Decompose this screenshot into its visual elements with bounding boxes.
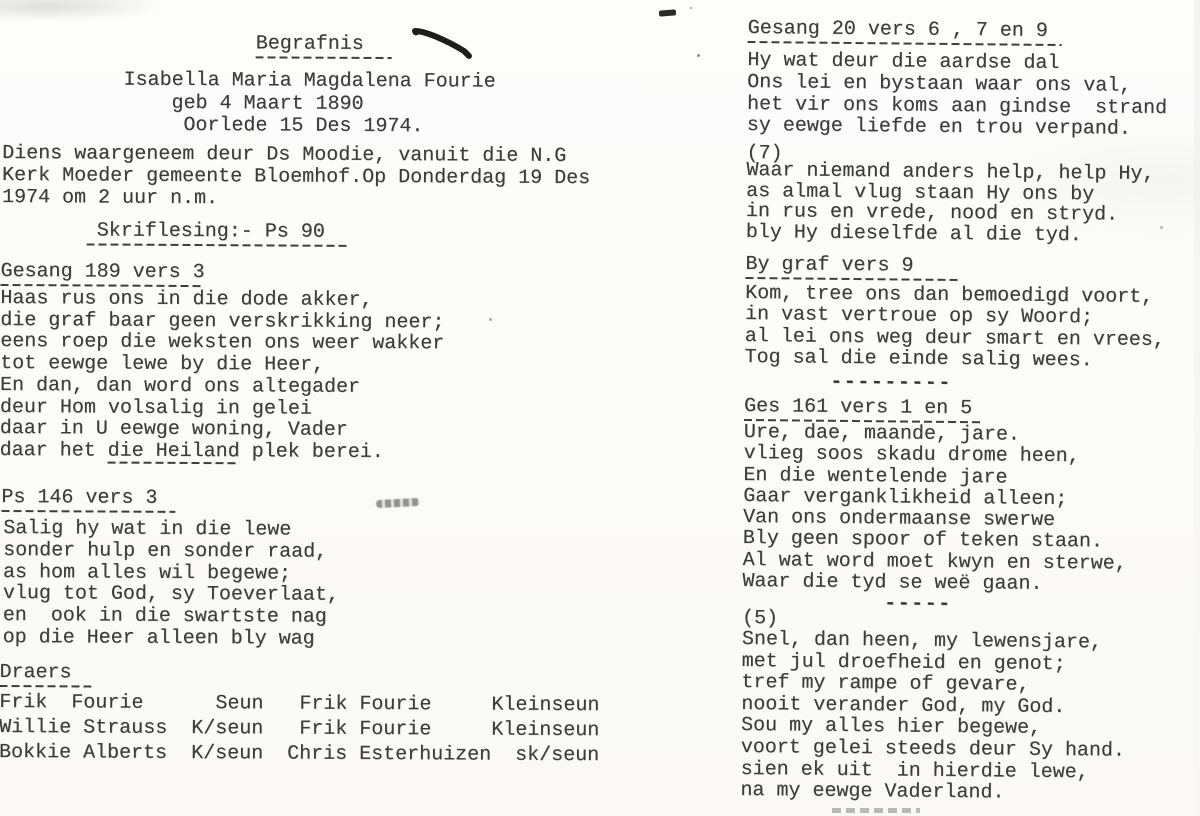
text-line: 1974 om 2 uur n.m. bbox=[2, 187, 590, 212]
hymn1-verse: Haas rus ons in die dode akker,die graf … bbox=[0, 288, 445, 464]
text-line: daar het die Heiland plek berei. bbox=[0, 440, 444, 464]
text-line: Isabella Maria Magdalena Fourie bbox=[124, 70, 496, 94]
text-line: geb 4 Maart 1890 bbox=[123, 92, 495, 116]
hymn2-heading: Ps 146 vers 3 bbox=[1, 486, 175, 513]
hymn1-heading-text: Gesang 189 vers 3 bbox=[1, 260, 205, 287]
hymn5-heading-text: Ges 161 vers 1 en 5 bbox=[744, 395, 982, 423]
paper-speck bbox=[697, 54, 700, 57]
paper-speck bbox=[489, 318, 492, 321]
text-line: as hom alles wil begewe; bbox=[3, 562, 339, 586]
scripture-reading-heading: Skriflesing:- Ps 90 bbox=[87, 219, 347, 246]
hymn1-heading: Gesang 189 vers 3 bbox=[1, 260, 205, 287]
scripture-reading-text: Skriflesing:- Ps 90 bbox=[87, 219, 347, 246]
left-column: Begrafnis Isabella Maria Magdalena Fouri… bbox=[0, 0, 710, 816]
scanned-funeral-program-page: Begrafnis Isabella Maria Magdalena Fouri… bbox=[0, 0, 1200, 816]
text-line: Frik Fourie Seun Frik Fourie Kleinseun bbox=[0, 691, 599, 719]
scan-edge-shading bbox=[1194, 0, 1200, 816]
verse5-label: (5) bbox=[742, 607, 778, 630]
text-line: na my eewge Vaderland. bbox=[740, 780, 1124, 805]
text-line: bly Hy dieselfde al die tyd. bbox=[746, 223, 1154, 248]
service-details: Diens waargeneem deur Ds Moodie, vanuit … bbox=[2, 143, 590, 212]
paper-speck bbox=[1160, 226, 1163, 229]
hymn5-verse: Ure, dae, maande, jare.vlieg soos skadu … bbox=[742, 422, 1128, 596]
text-line: sy eewge liefde en trou verpand. bbox=[747, 115, 1167, 141]
hymn2-verse: Salig hy wat in die lewesonder hulp en s… bbox=[3, 518, 340, 651]
hymn2-heading-text: Ps 146 vers 3 bbox=[1, 486, 175, 513]
hymn3-heading: Gesang 20 vers 6 , 7 en 9 bbox=[748, 17, 1062, 46]
text-line: en ook in die swartste nag bbox=[3, 605, 339, 629]
bearers-heading: Draers bbox=[0, 661, 92, 687]
ink-dash-mark bbox=[659, 9, 676, 16]
hymn4-verse: Kom, tree ons dan bemoedigd voort,in vas… bbox=[744, 283, 1165, 373]
text-line: Willie Strauss K/seun Frik Fourie Kleins… bbox=[0, 716, 599, 744]
text-line: Salig hy wat in die lewe bbox=[3, 518, 339, 542]
hymn4-heading-text: By graf vers 9 bbox=[745, 253, 959, 281]
deceased-details: Isabella Maria Magdalena Fourie geb 4 Ma… bbox=[123, 70, 495, 139]
bearers-heading-text: Draers bbox=[0, 661, 92, 687]
cutoff-divider-mark bbox=[832, 808, 920, 813]
text-line: op die Heer alleen bly wag bbox=[3, 627, 339, 651]
hymn3-heading-text: Gesang 20 vers 6 , 7 en 9 bbox=[748, 17, 1062, 46]
hymn3-stanza1: Hy wat deur die aardse dalOns lei en bys… bbox=[747, 50, 1168, 141]
section-divider-small: ----- bbox=[884, 592, 952, 616]
text-line: Bokkie Alberts K/seun Chris Esterhuizen … bbox=[0, 741, 599, 769]
text-line: En dan, dan word ons altegader bbox=[0, 375, 444, 399]
paper-speck bbox=[690, 7, 692, 9]
bearers-list: Frik Fourie Seun Frik Fourie KleinseunWi… bbox=[0, 691, 599, 769]
hymn5-heading: Ges 161 vers 1 en 5 bbox=[744, 395, 982, 423]
hymn3-stanza2: Waar niemand anders help, help Hy,as alm… bbox=[746, 161, 1155, 247]
hymn5-stanza5: Snel, dan heen, my lewensjare,met jul dr… bbox=[740, 629, 1126, 805]
document-title-text: Begrafnis bbox=[256, 32, 392, 59]
section-divider: --------- bbox=[830, 371, 952, 395]
text-line: vlug tot God, sy Toeverlaat, bbox=[3, 583, 339, 607]
text-line: Oorlede 15 Des 1974. bbox=[123, 115, 495, 139]
pen-stroke-mark bbox=[408, 25, 478, 65]
right-column: Gesang 20 vers 6 , 7 en 9 Hy wat deur di… bbox=[740, 0, 1200, 816]
hymn4-heading: By graf vers 9 bbox=[745, 253, 959, 281]
document-title: Begrafnis bbox=[256, 32, 392, 59]
text-line: sonder hulp en sonder raad, bbox=[3, 540, 339, 564]
